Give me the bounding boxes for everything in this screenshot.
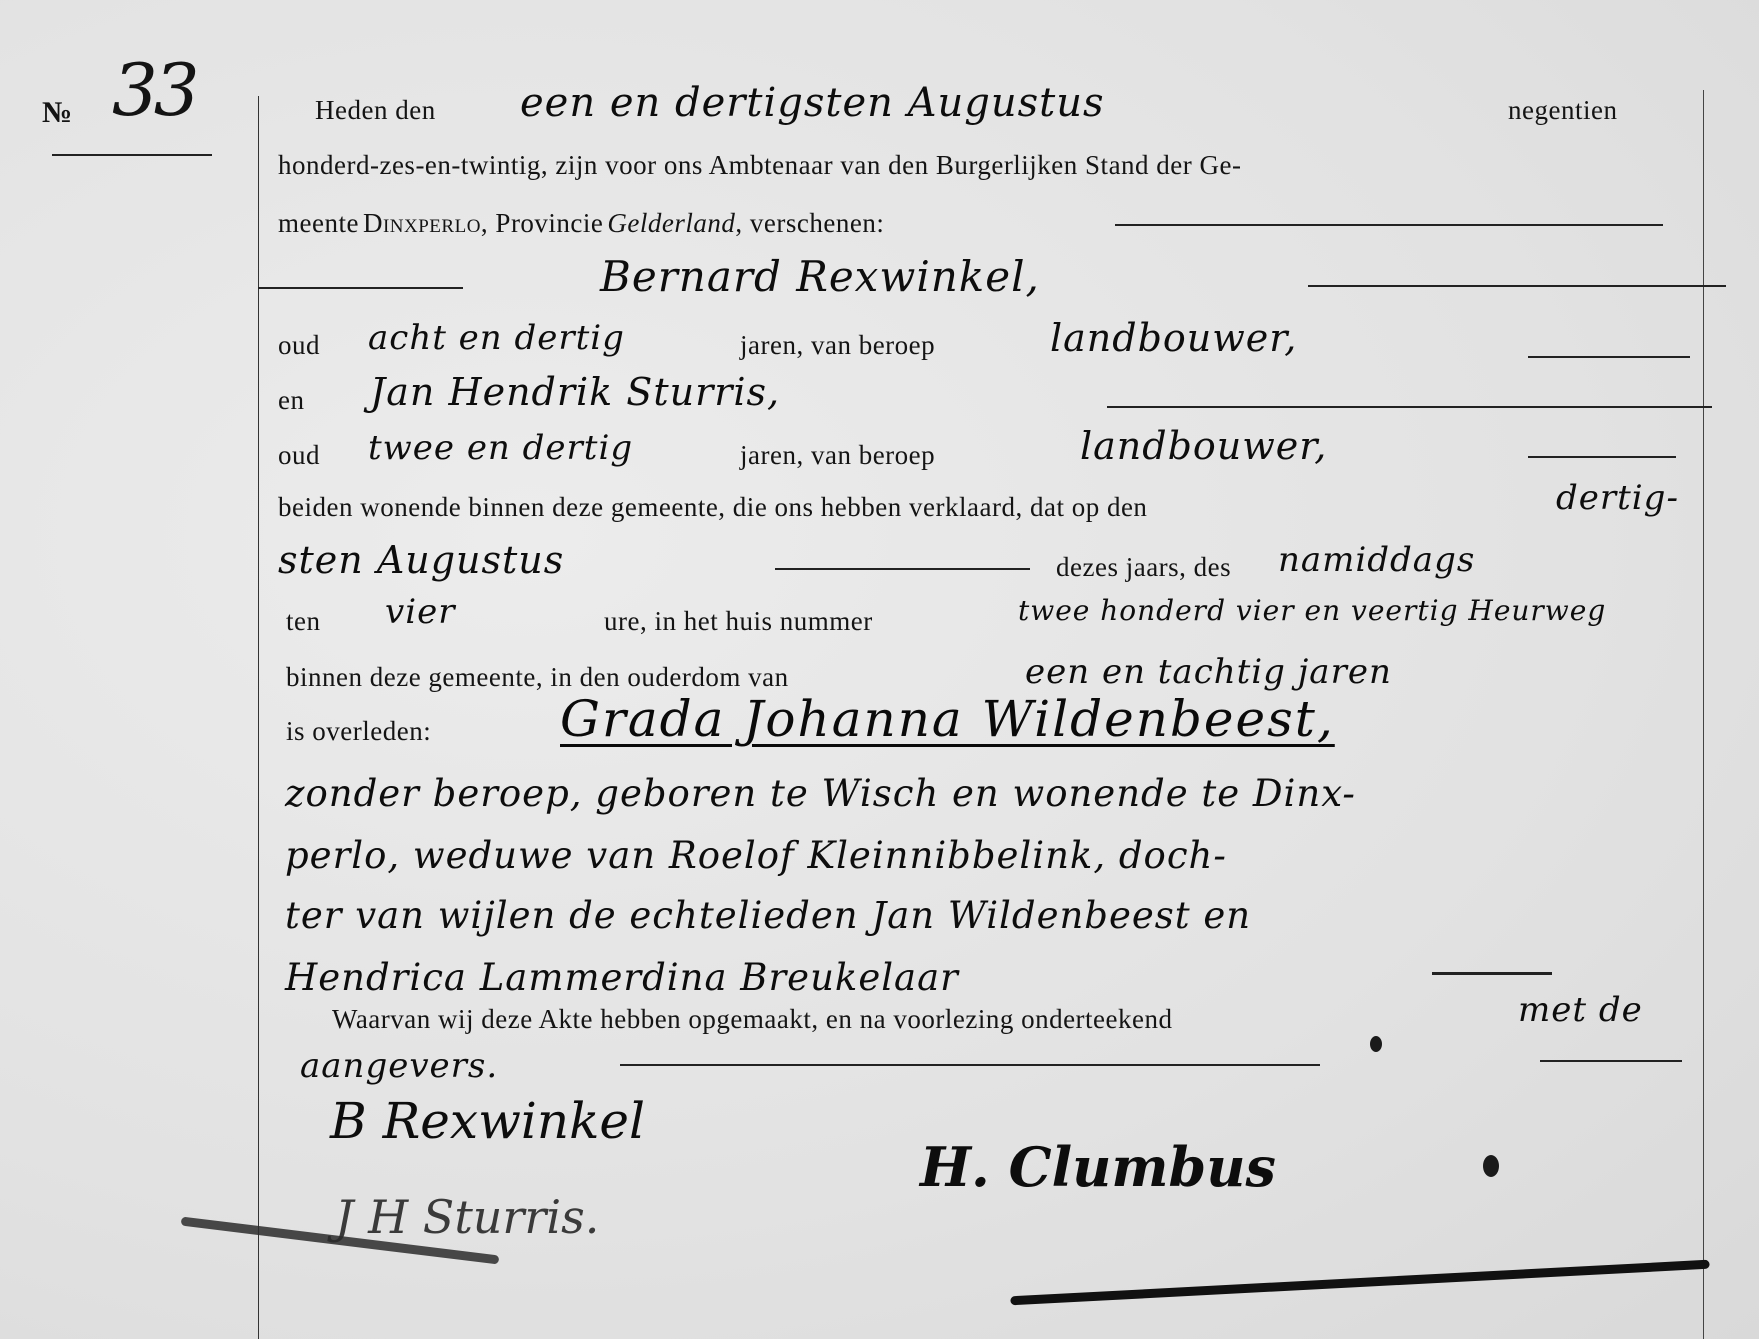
- printed-is-overleden: is overleden:: [286, 716, 431, 747]
- line-11: binnen deze gemeente, in den ouderdom va…: [286, 662, 789, 693]
- signature-declarant-2: J H Sturris.: [335, 1190, 599, 1244]
- municipality: Dinxperlo: [363, 208, 481, 238]
- printed-jaren-beroep-2: jaren, van beroep: [740, 440, 935, 471]
- printed-oud-2: oud: [278, 440, 320, 471]
- number-sign: №: [42, 96, 72, 130]
- line-2: honderd-zes-en-twintig, zijn voor ons Am…: [278, 150, 1242, 181]
- declarant-1-name: Bernard Rexwinkel,: [600, 252, 1040, 301]
- province: Gelderland: [607, 208, 735, 238]
- printed-provincie: , Provincie: [481, 208, 603, 238]
- time-of-day: namiddags: [1278, 540, 1475, 580]
- fill-rule: [1540, 1060, 1682, 1062]
- fill-rule: [1528, 356, 1690, 358]
- line-8: beiden wonende binnen deze gemeente, die…: [278, 492, 1147, 523]
- printed-heden-den: Heden den: [315, 95, 436, 125]
- deceased-details-2: perlo, weduwe van Roelof Kleinnibbelink,…: [285, 834, 1227, 877]
- deceased-details-4: Hendrica Lammerdina Breukelaar: [285, 956, 959, 999]
- ink-blot: [1483, 1155, 1499, 1177]
- death-day: dertig-: [1556, 478, 1679, 518]
- line-1: Heden den: [315, 95, 436, 126]
- fill-rule: [1115, 224, 1663, 226]
- printed-en: en: [278, 385, 304, 416]
- house-number: twee honderd vier en veertig Heurweg: [1018, 594, 1606, 627]
- line-3: meente Dinxperlo, Provincie Gelderland, …: [278, 208, 884, 239]
- printed-dezes-jaars: dezes jaars, des: [1056, 552, 1231, 583]
- declarant-2-age: twee en dertig: [368, 428, 633, 468]
- closing-statement: Waarvan wij deze Akte hebben opgemaakt, …: [332, 1004, 1173, 1035]
- printed-huis-nummer: ure, in het huis nummer: [604, 606, 873, 637]
- death-certificate-page: № 33 Heden den een en dertigsten Augustu…: [0, 0, 1759, 1339]
- deceased-details-1: zonder beroep, geboren te Wisch en wonen…: [285, 772, 1356, 815]
- signature-registrar: H. Clumbus: [920, 1135, 1276, 1199]
- fill-rule: [258, 287, 463, 289]
- record-number-value: 33: [112, 48, 196, 132]
- fill-rule: [775, 568, 1030, 570]
- deceased-age: een en tachtig jaren: [1025, 652, 1392, 692]
- printed-negentien: negentien: [1508, 95, 1617, 126]
- fill-rule: [620, 1064, 1320, 1066]
- ink-blot: [1370, 1036, 1382, 1052]
- declarant-2-name: Jan Hendrik Sturris,: [370, 370, 780, 414]
- closing-aangevers: aangevers.: [300, 1046, 498, 1086]
- declarant-2-occupation: landbouwer,: [1080, 424, 1327, 468]
- deceased-name: Grada Johanna Wildenbeest,: [560, 690, 1335, 748]
- printed-verschenen: , verschenen:: [735, 208, 884, 238]
- printed-ten: ten: [286, 606, 321, 637]
- closing-stroke-right: [1010, 1260, 1710, 1306]
- printed-oud-1: oud: [278, 330, 320, 361]
- declarant-1-age: acht en dertig: [368, 318, 625, 358]
- fill-rule: [1107, 406, 1712, 408]
- death-month: sten Augustus: [278, 538, 564, 582]
- right-margin-rule: [1703, 90, 1704, 1339]
- printed-meente: meente: [278, 208, 359, 238]
- fill-rule: [1528, 456, 1676, 458]
- death-hour: vier: [385, 592, 455, 632]
- declarant-1-occupation: landbouwer,: [1050, 316, 1297, 360]
- closing-handwritten: met de: [1518, 990, 1643, 1030]
- record-number-rule: [52, 154, 212, 156]
- printed-jaren-beroep-1: jaren, van beroep: [740, 330, 935, 361]
- fill-rule: [1432, 972, 1552, 975]
- date-of-record: een en dertigsten Augustus: [520, 80, 1105, 126]
- signature-declarant-1: B Rexwinkel: [330, 1092, 645, 1150]
- fill-rule: [1308, 285, 1726, 287]
- deceased-details-3: ter van wijlen de echtelieden Jan Wilden…: [285, 894, 1251, 937]
- left-margin-rule: [258, 96, 259, 1339]
